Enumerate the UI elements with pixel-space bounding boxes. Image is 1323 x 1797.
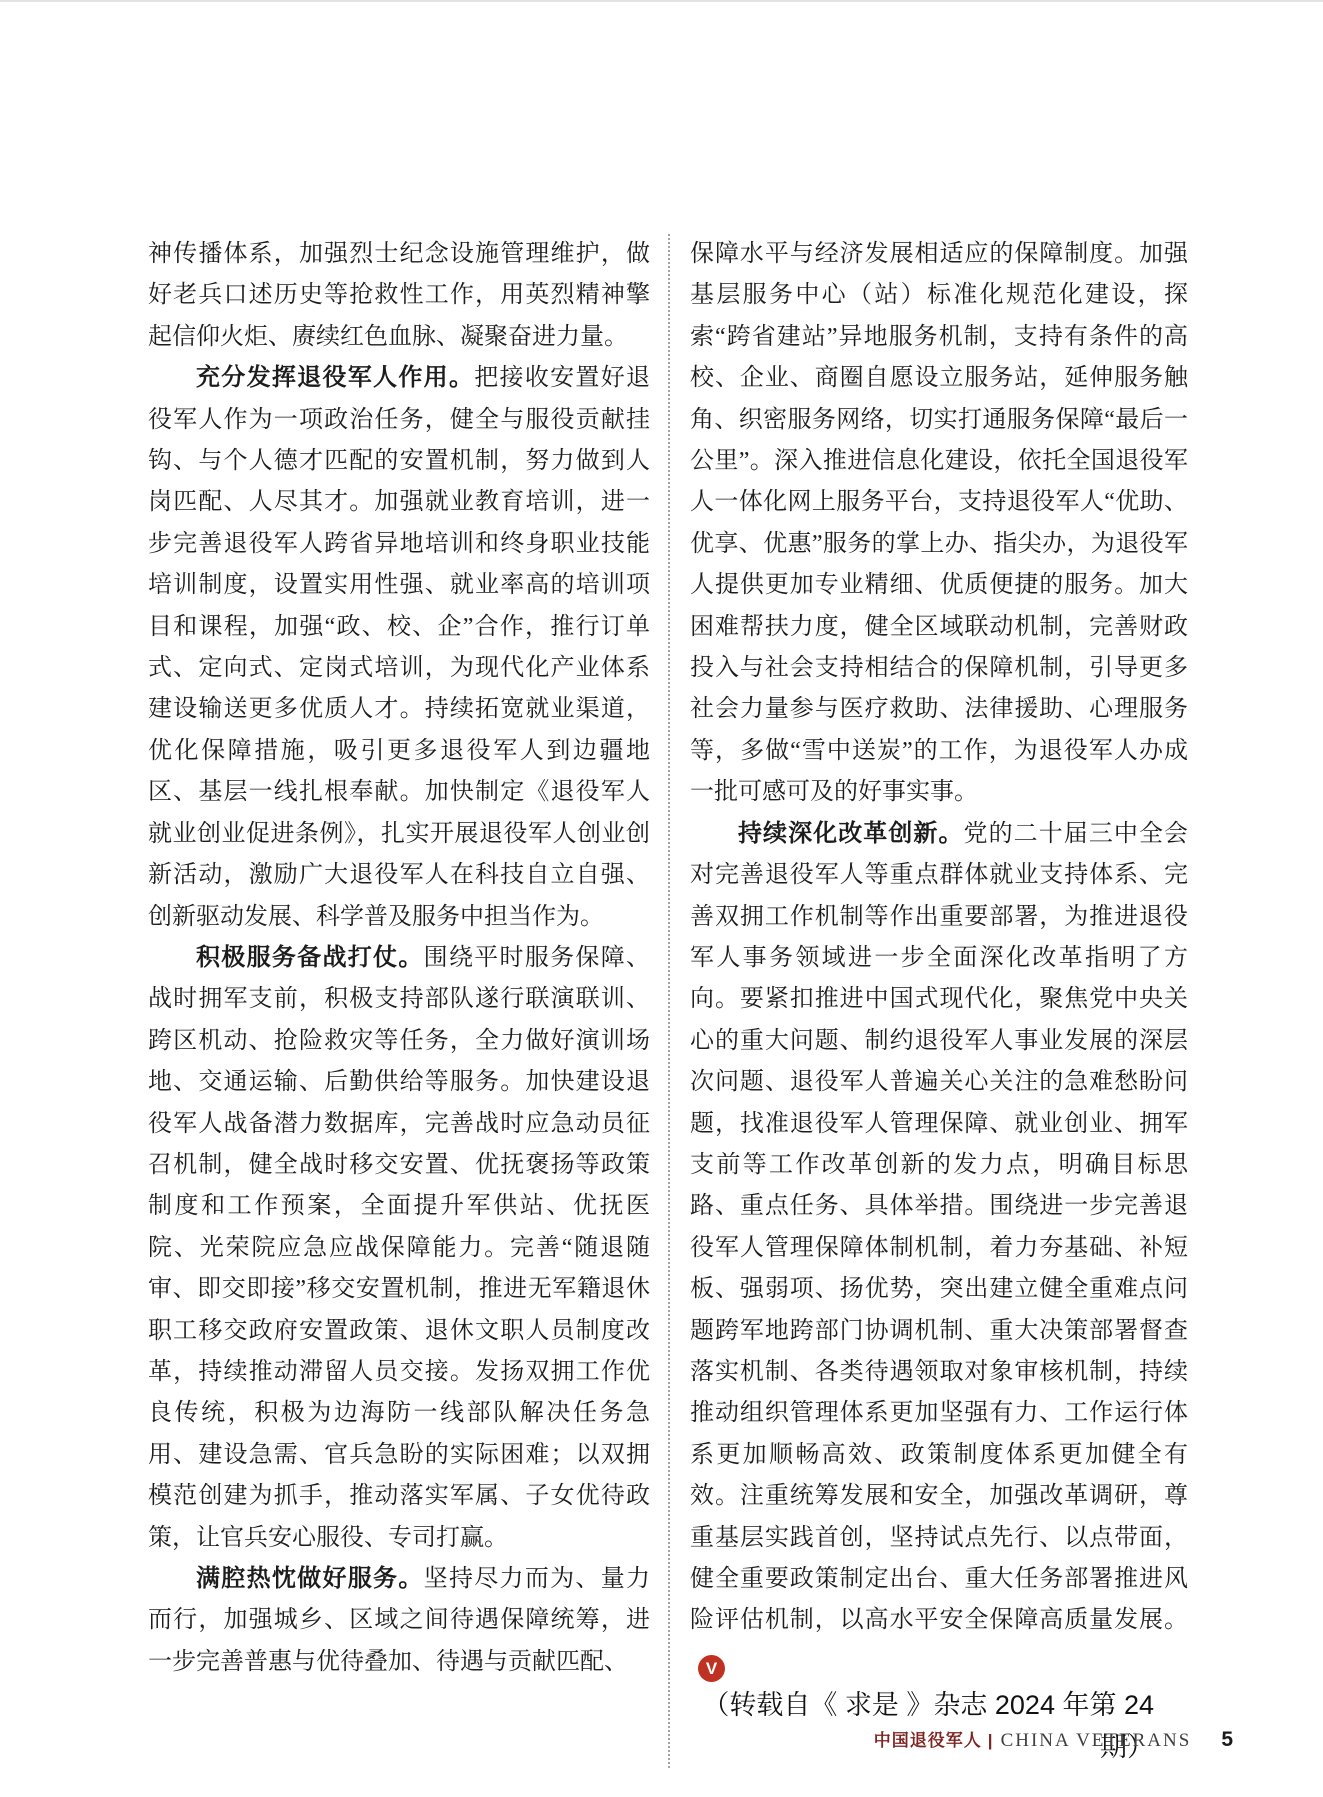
paragraph-text: 把接收安置好退役军人作为一项政治任务，健全与服役贡献挂钩、与个人德才匹配的安置机… — [148, 365, 650, 929]
body-paragraph: 满腔热忱做好服务。坚持尽力而为、量力而行，加强城乡、区域之间待遇保障统筹，进一步… — [148, 1559, 650, 1683]
right-column: 保障水平与经济发展相适应的保障制度。加强基层服务中心（站）标准化规范化建设，探索… — [690, 234, 1188, 1768]
body-paragraph: 积极服务备战打仗。围绕平时服务保障、战时拥军支前，积极支持部队遂行联演联训、跨区… — [148, 938, 650, 1559]
body-paragraph: 神传播体系，加强烈士纪念设施管理维护，做好老兵口述历史等抢救性工作，用英烈精神擎… — [148, 234, 650, 358]
footer-brand-cn: 中国退役军人 — [874, 1726, 982, 1751]
left-column: 神传播体系，加强烈士纪念设施管理维护，做好老兵口述历史等抢救性工作，用英烈精神擎… — [148, 234, 650, 1768]
article-body: 神传播体系，加强烈士纪念设施管理维护，做好老兵口述历史等抢救性工作，用英烈精神擎… — [148, 234, 1188, 1768]
paragraph-lead: 积极服务备战打仗。 — [196, 945, 424, 971]
paragraph-lead: 持续深化改革创新。 — [738, 821, 964, 847]
paragraph-text: 围绕平时服务保障、战时拥军支前，积极支持部队遂行联演联训、跨区机动、抢险救灾等任… — [148, 945, 650, 1551]
paragraph-text: 神传播体系，加强烈士纪念设施管理维护，做好老兵口述历史等抢救性工作，用英烈精神擎… — [148, 241, 650, 350]
paragraph-text: 党的二十届三中全会对完善退役军人等重点群体就业支持体系、完善双拥工作机制等作出重… — [690, 821, 1188, 1634]
article-end-icon: V — [698, 1655, 725, 1682]
body-paragraph: 持续深化改革创新。党的二十届三中全会对完善退役军人等重点群体就业支持体系、完善双… — [690, 814, 1188, 1684]
page-number: 5 — [1221, 1728, 1233, 1752]
paragraph-lead: 充分发挥退役军人作用。 — [196, 365, 474, 391]
body-paragraph: 保障水平与经济发展相适应的保障制度。加强基层服务中心（站）标准化规范化建设，探索… — [690, 234, 1188, 814]
footer-divider: | — [988, 1731, 993, 1751]
footer-brand-en: CHINA VETERANS — [1001, 1730, 1192, 1752]
body-paragraph: 充分发挥退役军人作用。把接收安置好退役军人作为一项政治任务，健全与服役贡献挂钩、… — [148, 358, 650, 938]
paragraph-text: 保障水平与经济发展相适应的保障制度。加强基层服务中心（站）标准化规范化建设，探索… — [690, 241, 1188, 805]
footer: 中国退役军人 | CHINA VETERANS 5 — [874, 1726, 1233, 1752]
paragraph-lead: 满腔热忱做好服务。 — [196, 1566, 424, 1592]
magazine-page: 神传播体系，加强烈士纪念设施管理维护，做好老兵口述历史等抢救性工作，用英烈精神擎… — [0, 0, 1323, 1797]
column-divider — [668, 234, 670, 1768]
